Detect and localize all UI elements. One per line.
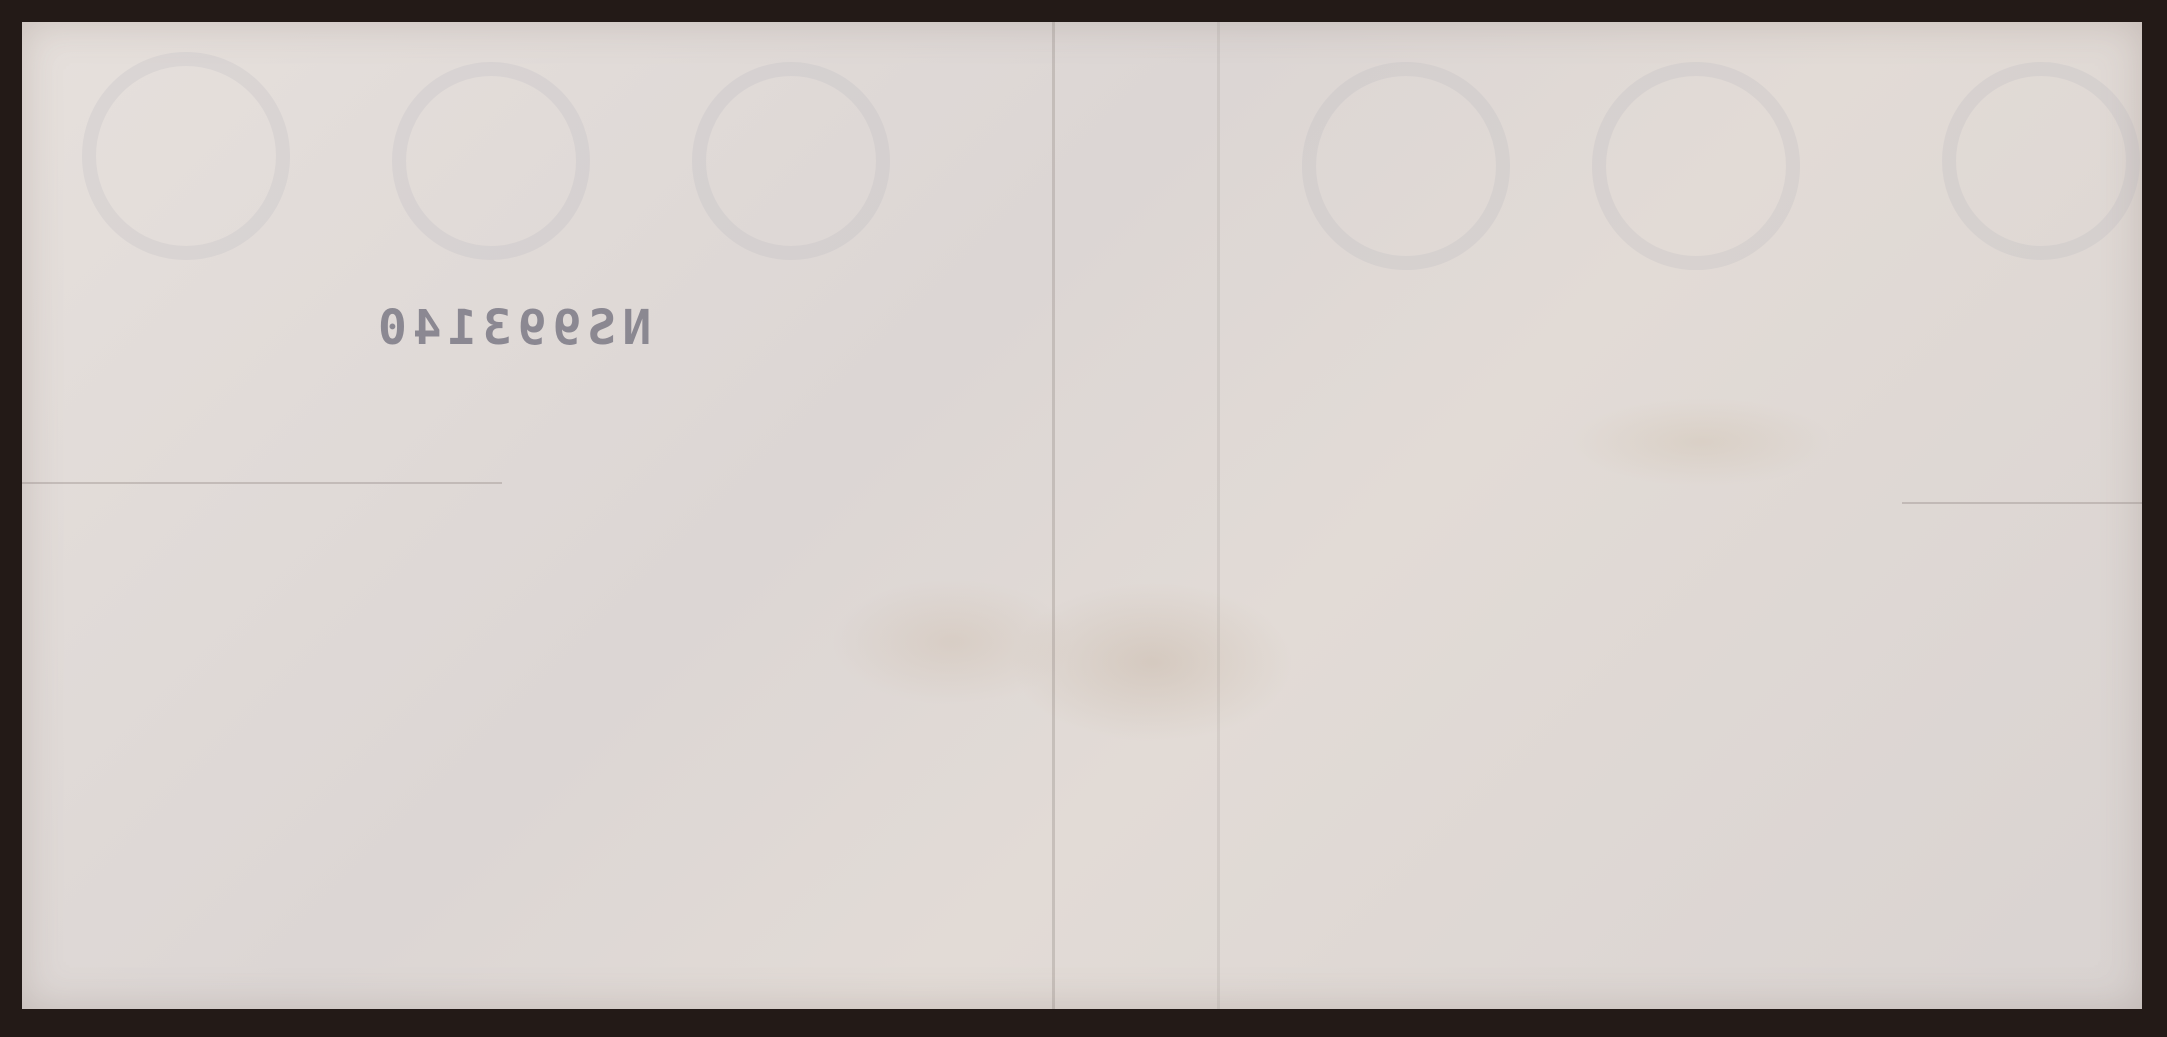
right-crease (1902, 502, 2142, 504)
ghost-digit (1592, 62, 1800, 270)
ghost-digit (692, 62, 890, 260)
banknote: NS993140 (22, 22, 2142, 1009)
ghost-digit (1302, 62, 1510, 270)
serial-number: NS993140 (372, 300, 651, 356)
vertical-fold (1052, 22, 1055, 1009)
ghost-digit (392, 62, 590, 260)
ghost-digit (1942, 62, 2140, 260)
ghost-digit (82, 52, 290, 260)
vertical-fold-2 (1217, 22, 1220, 1009)
left-crease (22, 482, 502, 484)
